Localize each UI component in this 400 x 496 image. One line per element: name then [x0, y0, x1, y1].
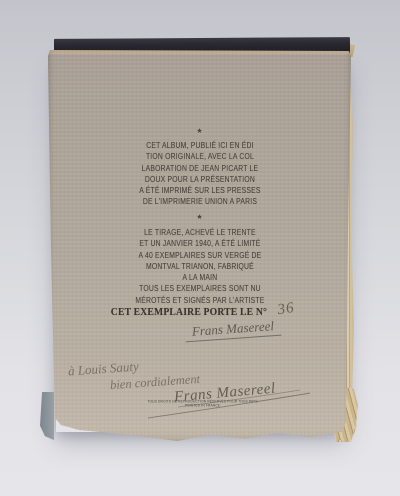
pencil-flourish: [48, 50, 351, 443]
sheet-sliver-left: [40, 392, 54, 440]
book-photo: ★ CET ALBUM, PUBLIÉ ICI EN ÉDI TION ORIG…: [0, 0, 400, 496]
colophon-page: ★ CET ALBUM, PUBLIÉ ICI EN ÉDI TION ORIG…: [48, 50, 351, 443]
